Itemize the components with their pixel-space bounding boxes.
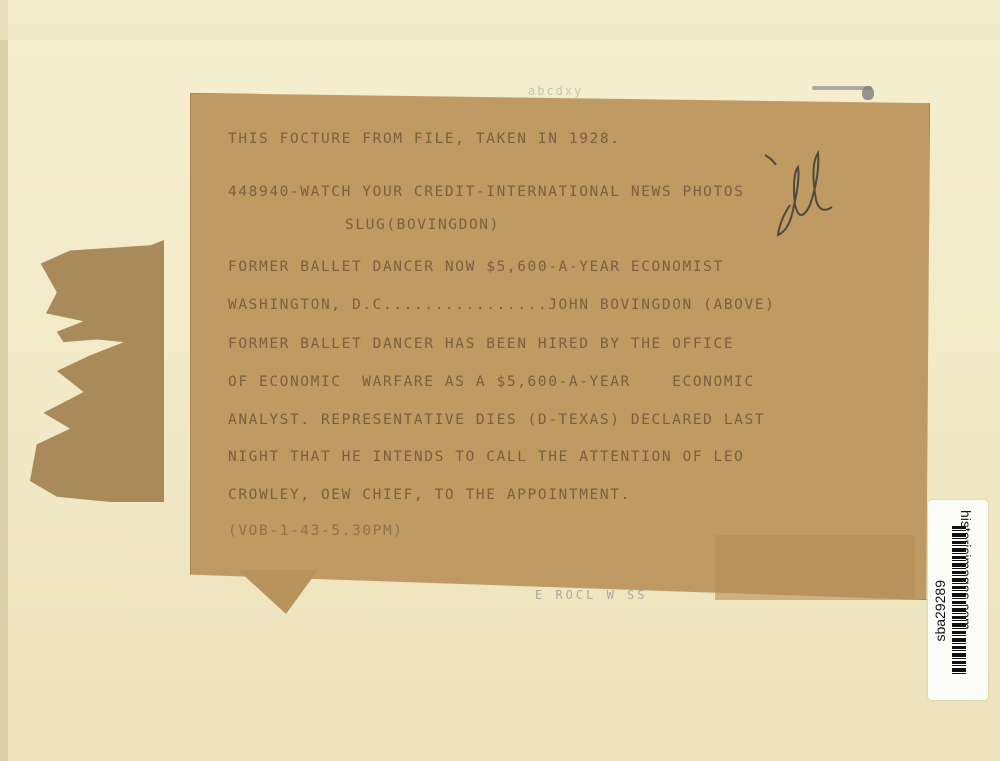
- barcode-icon: [952, 526, 966, 676]
- left-edge-shadow: [0, 0, 8, 761]
- caption-line-8: ANALYST. REPRESENTATIVE DIES (D-TEXAS) D…: [228, 412, 765, 428]
- caption-card-patch: [715, 535, 915, 600]
- barcode-label: historicimages.com sba29289: [928, 500, 988, 700]
- caption-line-1: THIS FOCTURE FROM FILE, TAKEN IN 1928.: [228, 131, 621, 147]
- faint-top-stamp: abcdxy: [528, 84, 583, 98]
- caption-line-6: FORMER BALLET DANCER HAS BEEN HIRED BY T…: [228, 336, 734, 352]
- top-fade: [0, 0, 1000, 40]
- caption-line-9: NIGHT THAT HE INTENDS TO CALL THE ATTENT…: [228, 449, 745, 465]
- pen-blob: [862, 86, 874, 100]
- caption-slug: SLUG(BOVINGDON): [345, 217, 500, 233]
- caption-line-7: OF ECONOMIC WARFARE AS A $5,600-A-YEAR E…: [228, 374, 755, 390]
- handwritten-initials-icon: [760, 145, 840, 245]
- caption-dateline: (VOB-1-43-5.30PM): [228, 523, 404, 539]
- barcode-id-text: sba29289: [932, 580, 948, 642]
- caption-line-10: CROWLEY, OEW CHIEF, TO THE APPOINTMENT.: [228, 487, 631, 503]
- caption-line-5: WASHINGTON, D.C................JOHN BOVI…: [228, 297, 775, 313]
- bottom-stamp: E ROCL W SS: [535, 588, 647, 602]
- caption-headline: FORMER BALLET DANCER NOW $5,600-A-YEAR E…: [228, 259, 724, 275]
- caption-line-2: 448940-WATCH YOUR CREDIT-INTERNATIONAL N…: [228, 184, 745, 200]
